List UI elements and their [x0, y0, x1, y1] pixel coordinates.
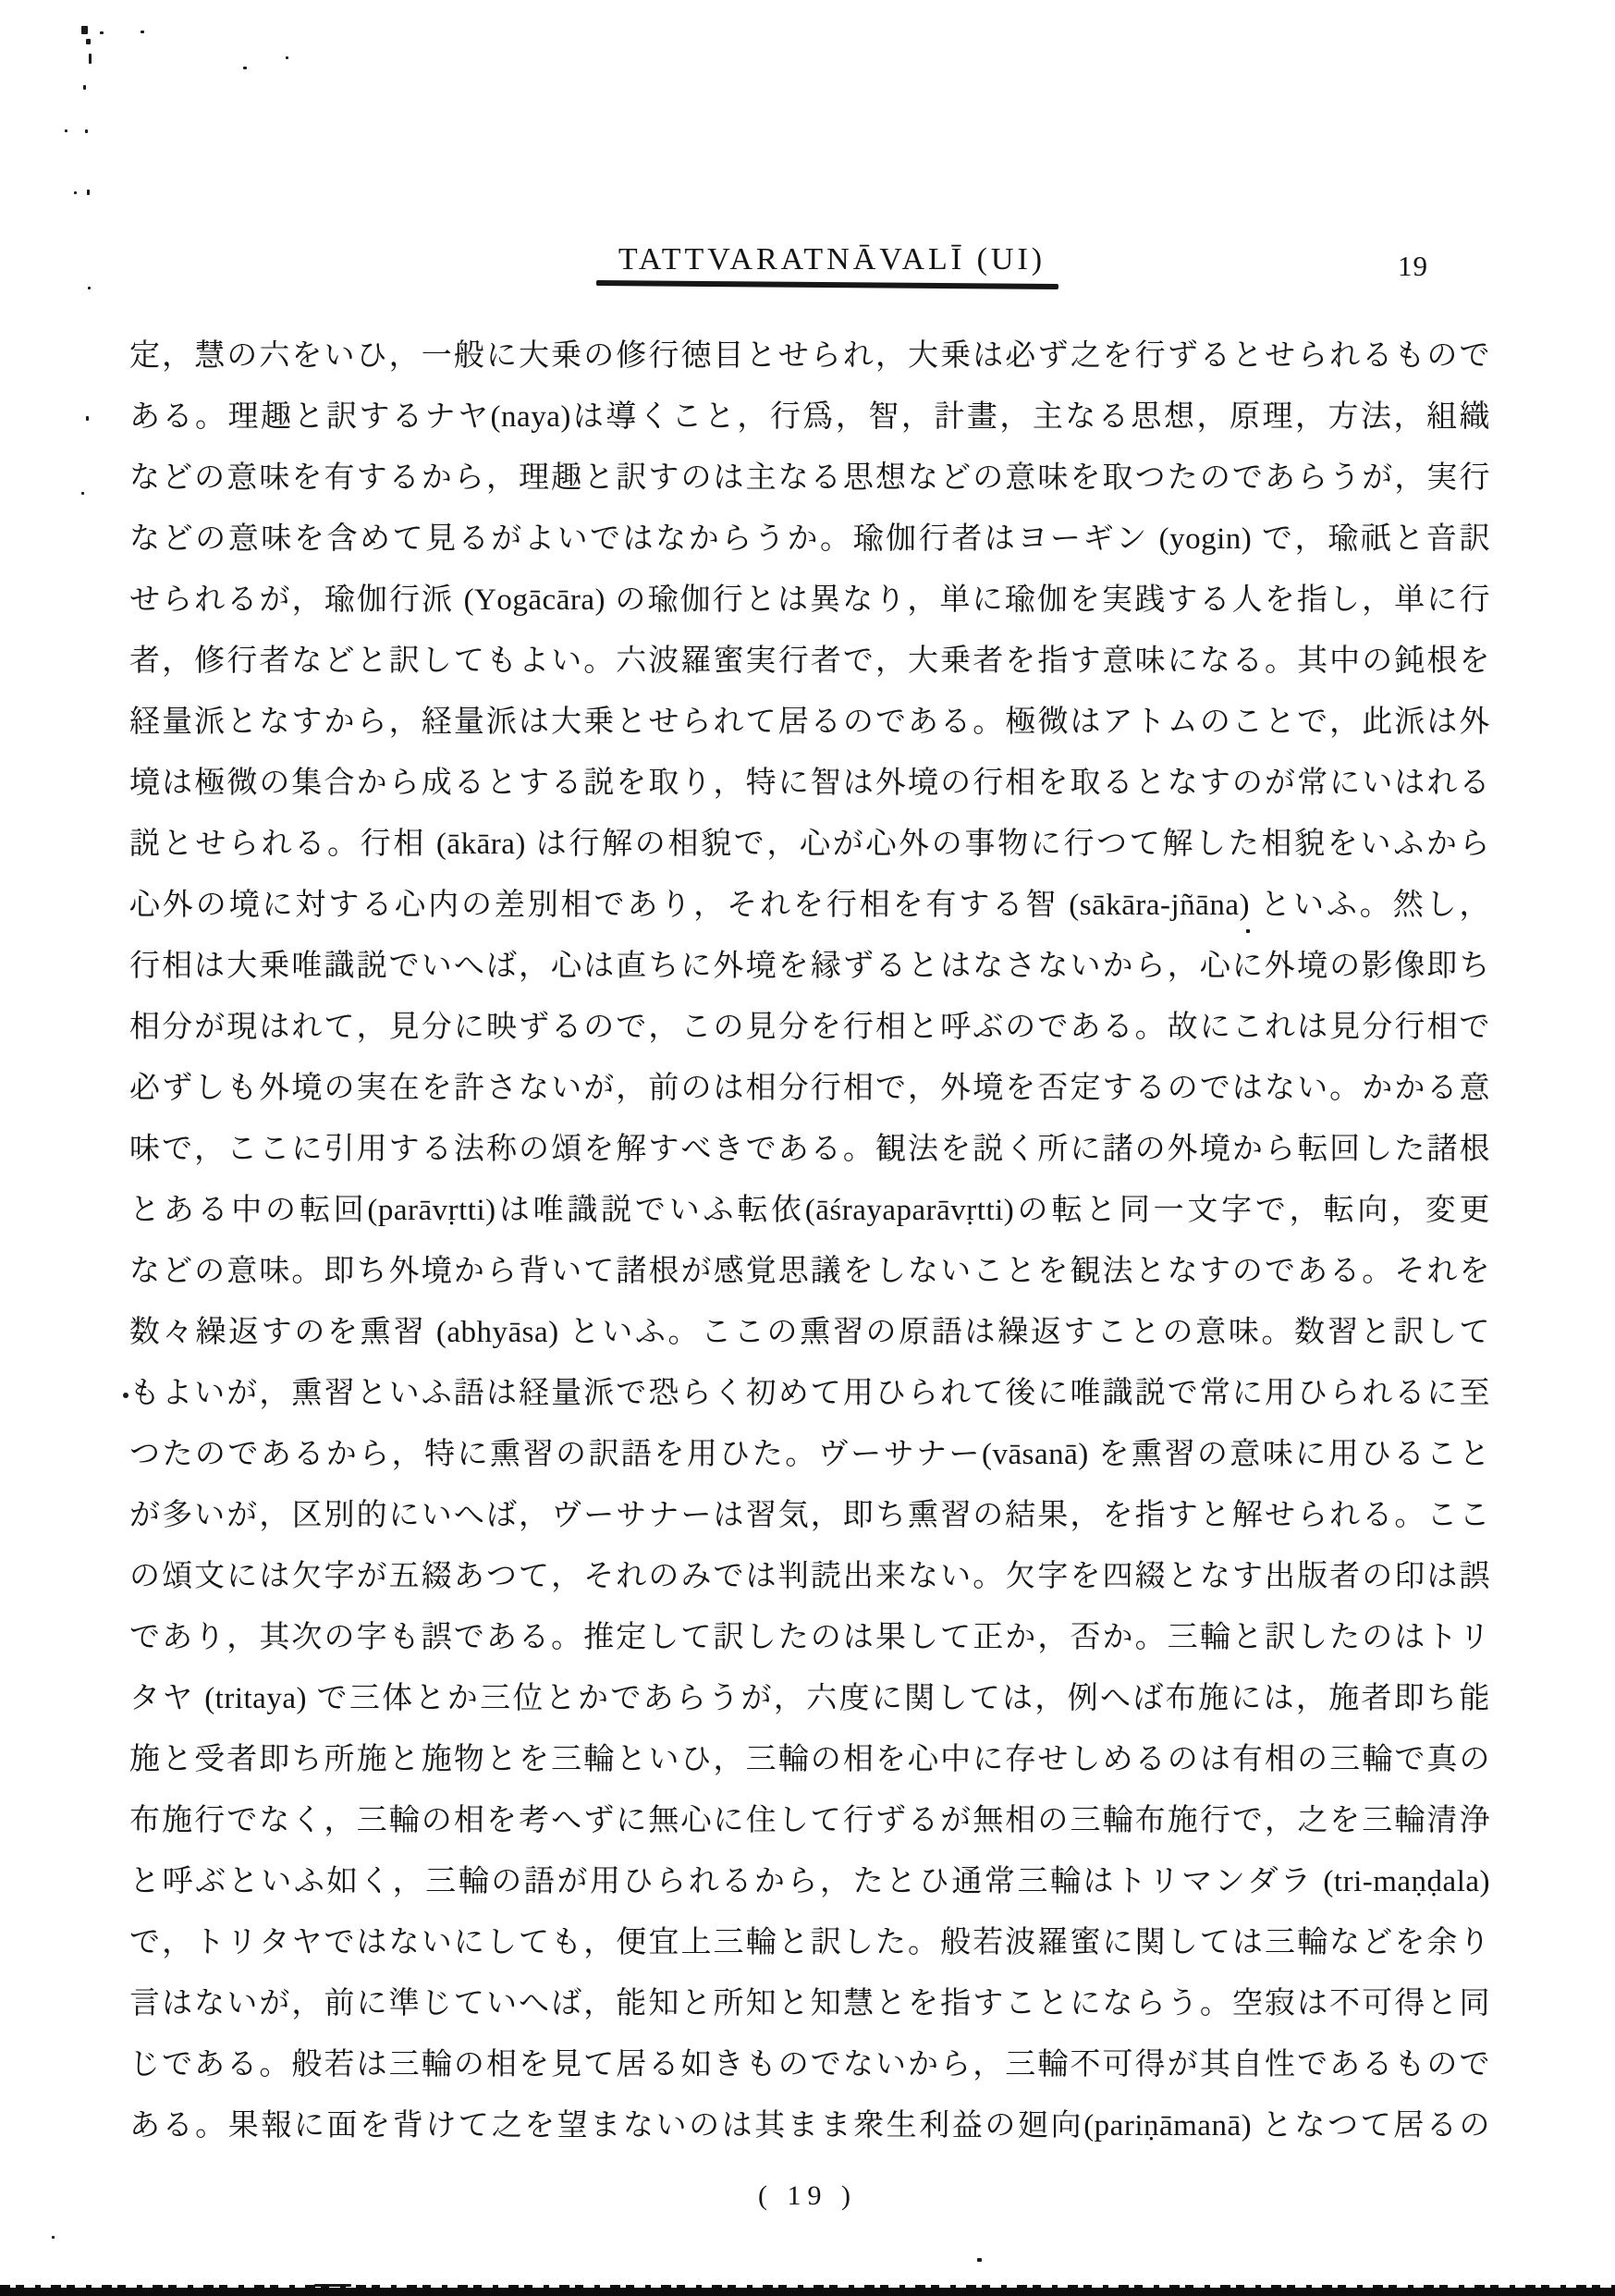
body-text: 定，慧の六をいひ，一般に大乗の修行徳目とせられ，大乗は必ず之を行ずるとせられるも…: [129, 325, 1490, 2156]
text-line: とある中の転回(parāvṛtti)は唯識説でいふ転依(āśrayaparāvṛ…: [129, 1180, 1490, 1241]
text-line: 必ずしも外境の実在を許さないが，前のは相分行相で，外境を否定するのではない。かか…: [129, 1058, 1490, 1119]
text-line: などの意味。即ち外境から背いて諸根が感覚思議をしないことを観法となすのである。そ…: [129, 1241, 1490, 1302]
text-line: 心外の境に対する心内の差別相であり，それを行相を有する智 (sākāra-jñā…: [129, 875, 1490, 936]
text-line: じである。般若は三輪の相を見て居る如きものでないから，三輪不可得が其自性であるも…: [129, 2034, 1490, 2095]
text-line: と呼ぶといふ如く，三輪の語が用ひられるから，たとひ通常三輪はトリマンダラ (tr…: [129, 1851, 1490, 1912]
text-line: などの意味を有するから，理趣と訳すのは主なる思想などの意味を取つたのであらうが，…: [129, 448, 1490, 509]
running-head: TATTVARATNĀVALĪ (UI): [592, 242, 1072, 277]
text-line: 施と受者即ち所施と施物とを三輪といひ，三輪の相を心中に存せしめるのは有相の三輪で…: [129, 1729, 1490, 1790]
page-title: TATTVARATNĀVALĪ (UI): [618, 242, 1046, 276]
text-line: であり，其次の字も誤である。推定して訳したのは果して正か，否か。三輪と訳したのは…: [129, 1607, 1490, 1668]
text-line: 布施行でなく，三輪の相を考へずに無心に住して行ずるが無相の三輪布施行で，之を三輪…: [129, 1790, 1490, 1851]
text-line: せられるが，瑜伽行派 (Yogācāra) の瑜伽行とは異なり，単に瑜伽を実践す…: [129, 570, 1490, 631]
scan-edge-bar: [0, 2288, 1615, 2296]
title-underline: [596, 280, 1058, 289]
text-line: 者，修行者などと訳してもよい。六波羅蜜実行者で，大乗者を指す意味になる。其中の鈍…: [129, 631, 1490, 692]
text-line: タヤ (tritaya) で三体とか三位とかであらうが，六度に関しては，例へば布…: [129, 1668, 1490, 1729]
text-line: 経量派となすから，経量派は大乗とせられて居るのである。極微はアトムのことで，此派…: [129, 692, 1490, 753]
text-line: 境は極微の集合から成るとする説を取り，特に智は外境の行相を取るとなすのが常にいは…: [129, 753, 1490, 814]
text-line: 相分が現はれて，見分に映ずるので，この見分を行相と呼ぶのである。故にこれは見分行…: [129, 997, 1490, 1058]
text-line: などの意味を含めて見るがよいではなからうか。瑜伽行者はヨーギン (yogin) …: [129, 509, 1490, 570]
text-line: ある。理趣と訳するナヤ(naya)は導くこと，行爲，智，計畫，主なる思想，原理，…: [129, 387, 1490, 448]
scanned-page: TATTVARATNĀVALĪ (UI) 19 定，慧の六をいひ，一般に大乗の修…: [0, 0, 1615, 2296]
page-number-bottom: ( 19 ): [0, 2180, 1615, 2212]
text-line: 味で，ここに引用する法称の頌を解すべきである。観法を説く所に諸の外境から転回した…: [129, 1119, 1490, 1180]
text-line: 説とせられる。行相 (ākāra) は行解の相貌で，心が心外の事物に行つて解した…: [129, 814, 1490, 875]
text-line: が多いが，区別的にいへば，ヴーサナーは習気，即ち熏習の結果，を指すと解せられる。…: [129, 1485, 1490, 1546]
text-line: ある。果報に面を背けて之を望まないのは其まま衆生利益の廻向(pariṇāmanā…: [129, 2095, 1490, 2156]
text-line: つたのであるから，特に熏習の訳語を用ひた。ヴーサナー(vāsanā) を熏習の意…: [129, 1424, 1490, 1485]
text-line: の頌文には欠字が五綴あつて，それのみでは判読出来ない。欠字を四綴となす出版者の印…: [129, 1546, 1490, 1607]
text-line: 言はないが，前に準じていへば，能知と所知と知慧とを指すことにならう。空寂は不可得…: [129, 1973, 1490, 2034]
text-line: 定，慧の六をいひ，一般に大乗の修行徳目とせられ，大乗は必ず之を行ずるとせられるも…: [129, 325, 1490, 387]
text-line: 数々繰返すのを熏習 (abhyāsa) といふ。ここの熏習の原語は繰返すことの意…: [129, 1302, 1490, 1363]
text-line: 行相は大乗唯識説でいへば，心は直ちに外境を縁ずるとはなさないから，心に外境の影像…: [129, 936, 1490, 997]
text-line: で，トリタヤではないにしても，便宜上三輪と訳した。般若波羅蜜に関しては三輪などを…: [129, 1912, 1490, 1973]
text-line: もよいが，熏習といふ語は経量派で恐らく初めて用ひられて後に唯識説で常に用ひられる…: [129, 1363, 1490, 1424]
page-number-top: 19: [1398, 250, 1428, 283]
